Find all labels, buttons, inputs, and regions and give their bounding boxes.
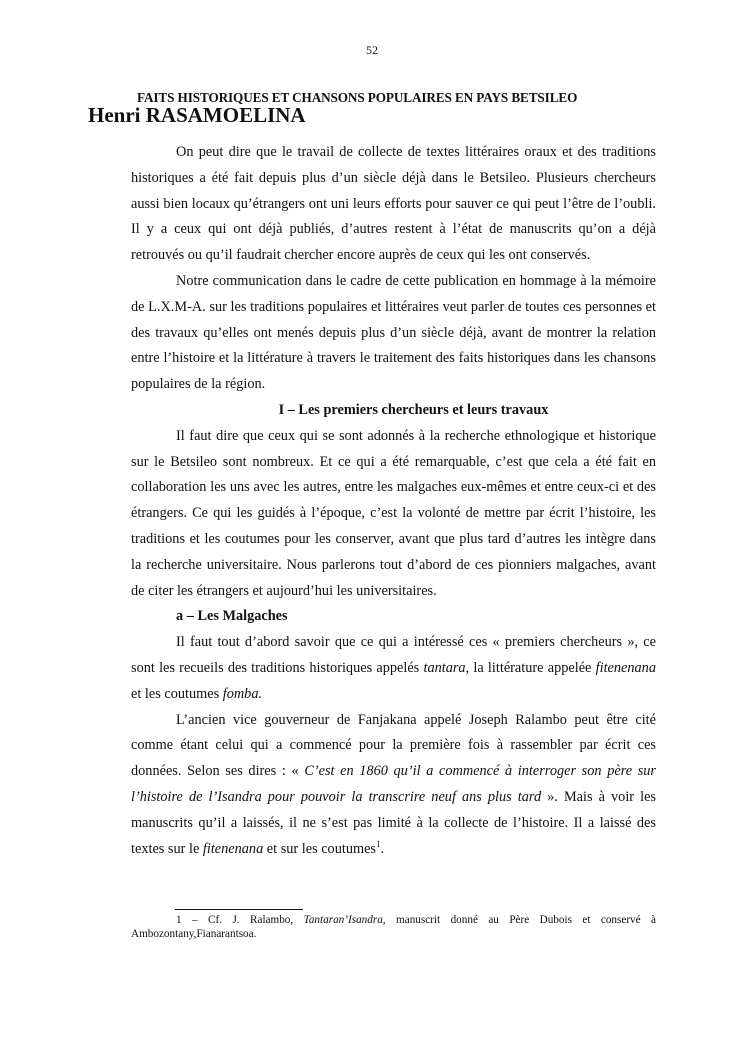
term-fitenenana: fitenenana [596,660,656,676]
paragraph-communication: Notre communication dans le cadre de cet… [131,269,656,398]
subsection-heading: a – Les Malgaches [131,604,656,630]
footnote-1: 1 – Cf. J. Ralambo, Tantaran’Isandra, ma… [131,913,656,941]
page-number: 52 [0,43,744,58]
paragraph-malgaches: Il faut tout d’abord savoir que ce qui a… [131,630,656,707]
author-name: Henri RASAMOELINA [88,103,306,128]
paragraph-ralambo: L’ancien vice gouverneur de Fanjakana ap… [131,708,656,863]
footnote-title: Tantaran’Isandra, [304,914,386,926]
term-fomba: fomba. [223,686,262,702]
section-heading: I – Les premiers chercheurs et leurs tra… [131,398,656,424]
paragraph-researchers: Il faut dire que ceux qui se sont adonné… [131,424,656,605]
footnote-rule [175,909,303,910]
body-text: On peut dire que le travail de collecte … [131,140,656,862]
paragraph-intro: On peut dire que le travail de collecte … [131,140,656,269]
term-tantara: tantara [423,660,465,676]
term-fitenenana: fitenenana [203,841,263,857]
